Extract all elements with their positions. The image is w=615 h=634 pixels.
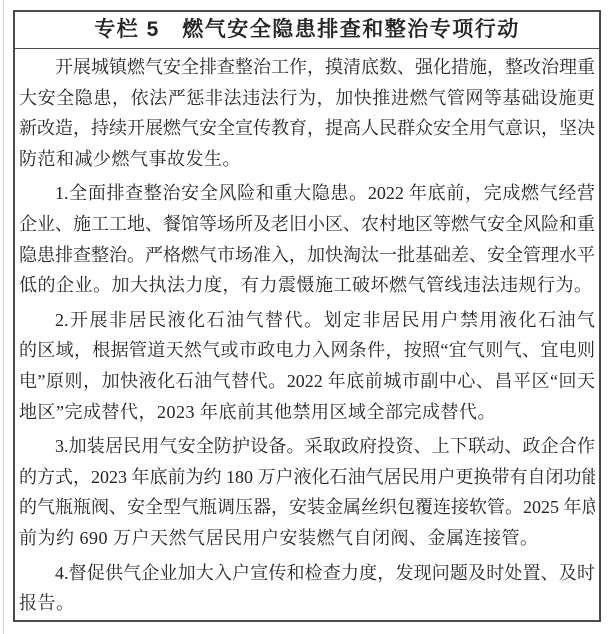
text-line: 低的企业。加大执法力度，有力震慑施工破坏燃气管线违法违规行为。 (19, 270, 595, 301)
text-line: 防范和减少燃气事故发生。 (19, 144, 595, 175)
text-line: 的气瓶瓶阀、安全型气瓶调压器，安装金属丝织包覆连接软管。2025 年底 (19, 492, 595, 523)
text-line: 报告。 (19, 588, 595, 619)
text-line: 企业、施工工地、餐馆等场所及老旧小区、农村地区等燃气安全风险和重大 (19, 209, 595, 240)
box-body: 开展城镇燃气安全排查整治工作，摸清底数、强化措施，整改治理重大安全隐患，依法严惩… (15, 49, 599, 619)
text-line: 地区”完成替代，2023 年底前其他禁用区域全部完成替代。 (19, 397, 595, 428)
text-line: 的方式，2023 年底前为约 180 万户液化石油气居民用户更换带有自闭功能 (19, 462, 595, 493)
text-line: 3.加装居民用气安全防护设备。采取政府投资、上下联动、政企合作 (19, 431, 595, 462)
text-line: 2.开展非居民液化石油气替代。划定非居民用户禁用液化石油气 (19, 305, 595, 336)
text-line: 新改造，持续开展燃气安全宣传教育，提高人民群众安全用气意识，坚决 (19, 113, 595, 144)
text-line: 4.督促供气企业加大入户宣传和检查力度，发现问题及时处置、及时 (19, 558, 595, 589)
page-edge-artifact (3, 0, 4, 634)
column-box: 专栏 5 燃气安全隐患排查和整治专项行动 开展城镇燃气安全排查整治工作，摸清底数… (13, 10, 601, 622)
box-title: 专栏 5 燃气安全隐患排查和整治专项行动 (15, 12, 599, 49)
text-line: 大安全隐患，依法严惩非法违法行为，加快推进燃气管网等基础设施更 (19, 83, 595, 114)
text-line: 的区域，根据管道天然气或市政电力入网条件，按照“宜气则气、宜电则 (19, 335, 595, 366)
text-line: 隐患排查整治。严格燃气市场准入，加快淘汰一批基础差、安全管理水平 (19, 240, 595, 271)
text-line: 电”原则，加快液化石油气替代。2022 年底前城市副中心、昌平区“回天 (19, 366, 595, 397)
text-line: 开展城镇燃气安全排查整治工作，摸清底数、强化措施，整改治理重 (19, 52, 595, 83)
text-line: 前为约 690 万户天然气居民用户安装燃气自闭阀、金属连接管。 (19, 523, 595, 554)
document-page: 专栏 5 燃气安全隐患排查和整治专项行动 开展城镇燃气安全排查整治工作，摸清底数… (0, 0, 615, 634)
text-line: 1.全面排查整治安全风险和重大隐患。2022 年底前，完成燃气经营 (19, 178, 595, 209)
